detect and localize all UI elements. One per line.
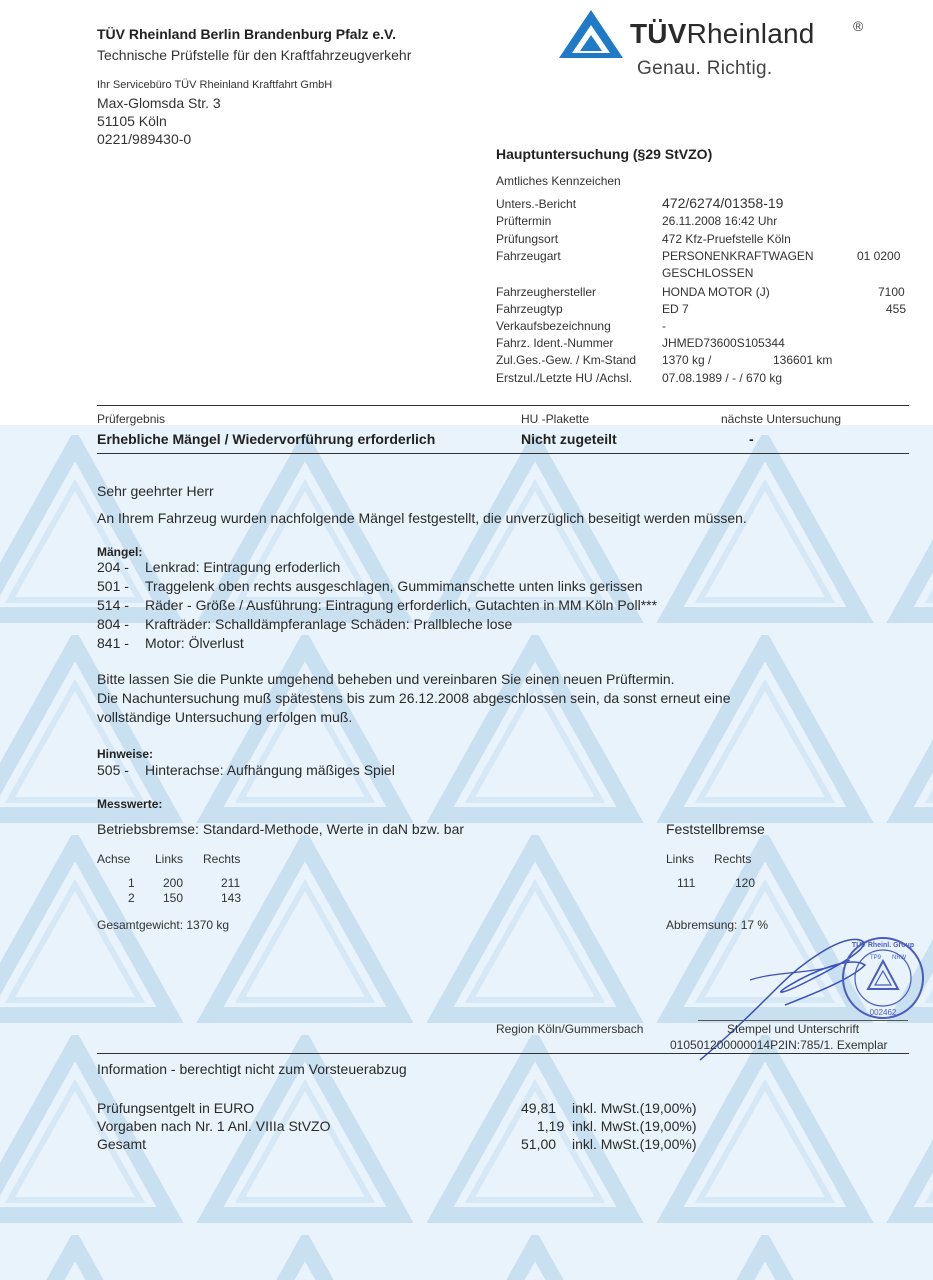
defect-text: Traggelenk oben rechts ausgeschlagen, Gu… bbox=[145, 578, 643, 594]
parking-col-left: Links bbox=[666, 852, 694, 866]
fee-amount: 49,81 bbox=[521, 1100, 556, 1116]
address-street: Max-Glomsda Str. 3 bbox=[97, 95, 221, 111]
salutation: Sehr geehrter Herr bbox=[97, 483, 214, 499]
brake-right: 211 bbox=[221, 876, 240, 890]
fee-tax: inkl. MwSt.(19,00%) bbox=[572, 1100, 696, 1116]
field-value: PERSONENKRAFTWAGEN bbox=[662, 249, 814, 263]
field-label: Prüfungsort bbox=[496, 232, 558, 246]
fee-label: Vorgaben nach Nr. 1 Anl. VIIIa StVZO bbox=[97, 1118, 330, 1134]
divider bbox=[97, 405, 909, 406]
total-weight: Gesamtgewicht: 1370 kg bbox=[97, 918, 229, 932]
service-office: Ihr Servicebüro TÜV Rheinland Kraftfahrt… bbox=[97, 79, 332, 91]
followup-line: Bitte lassen Sie die Punkte umgehend beh… bbox=[97, 671, 675, 687]
axle-number: 2 bbox=[128, 891, 135, 905]
followup-line: vollständige Untersuchung erfolgen muß. bbox=[97, 709, 352, 725]
col-header-left: Links bbox=[155, 852, 183, 866]
axle-number: 1 bbox=[128, 876, 135, 890]
defect-text: Räder - Größe / Ausführung: Eintragung e… bbox=[145, 597, 657, 613]
brake-left: 200 bbox=[163, 876, 183, 890]
field-code: 7100 bbox=[878, 285, 905, 299]
field-value-line2: GESCHLOSSEN bbox=[662, 266, 753, 280]
tuv-triangle-logo-icon bbox=[557, 8, 625, 60]
intro-text: An Ihrem Fahrzeug wurden nachfolgende Mä… bbox=[97, 510, 747, 526]
field-label: Fahrzeugtyp bbox=[496, 302, 563, 316]
field-value: - bbox=[662, 319, 666, 333]
service-brake-title: Betriebsbremse: Standard-Methode, Werte … bbox=[97, 821, 464, 837]
svg-text:NRW: NRW bbox=[892, 955, 907, 961]
field-code: 455 bbox=[886, 302, 906, 316]
address-phone: 0221/989430-0 bbox=[97, 131, 191, 147]
fee-tax: inkl. MwSt.(19,00%) bbox=[572, 1136, 696, 1152]
field-value: 26.11.2008 16:42 Uhr bbox=[662, 214, 777, 228]
result-value: Erhebliche Mängel / Wiedervorführung erf… bbox=[97, 431, 435, 447]
address-city: 51105 Köln bbox=[97, 113, 167, 129]
field-value: 1370 kg / bbox=[662, 353, 711, 367]
next-inspection-label: nächste Untersuchung bbox=[721, 412, 841, 426]
plate-label: Amtliches Kennzeichen bbox=[496, 174, 621, 188]
note-text: Hinterachse: Aufhängung mäßiges Spiel bbox=[145, 762, 395, 778]
tax-info: Information - berechtigt nicht zum Vorst… bbox=[97, 1061, 407, 1077]
field-label: Fahrzeugart bbox=[496, 249, 561, 263]
svg-text:002462: 002462 bbox=[870, 1008, 897, 1017]
fee-label: Gesamt bbox=[97, 1136, 146, 1152]
defects-heading: Mängel: bbox=[97, 545, 142, 559]
field-label: Erstzul./Letzte HU /Achsl. bbox=[496, 371, 632, 385]
defect-text: Lenkrad: Eintragung erfoderlich bbox=[145, 559, 340, 575]
field-value-km: 136601 km bbox=[773, 353, 832, 367]
parking-right-value: 120 bbox=[735, 876, 755, 890]
organization-subtitle: Technische Prüfstelle für den Kraftfahrz… bbox=[97, 47, 411, 63]
parking-brake-title: Feststellbremse bbox=[666, 821, 765, 837]
svg-text:TÜV Rheinl. Group: TÜV Rheinl. Group bbox=[852, 940, 914, 949]
fee-tax: inkl. MwSt.(19,00%) bbox=[572, 1118, 696, 1134]
defect-code: 514 - bbox=[97, 597, 129, 613]
document-code: 010501200000014P2IN:785/1. Exemplar bbox=[670, 1038, 888, 1052]
field-label: Fahrz. Ident.-Nummer bbox=[496, 336, 613, 350]
defect-code: 804 - bbox=[97, 616, 129, 632]
field-value: ED 7 bbox=[662, 302, 689, 316]
fee-amount: 1,19 bbox=[537, 1118, 564, 1134]
parking-left-value: 111 bbox=[677, 876, 695, 890]
field-code: 01 0200 bbox=[857, 249, 900, 263]
field-value: JHMED73600S105344 bbox=[662, 336, 785, 350]
field-label: Zul.Ges.-Gew. / Km-Stand bbox=[496, 353, 636, 367]
brand-tagline: Genau. Richtig. bbox=[637, 58, 772, 80]
divider bbox=[97, 1053, 909, 1054]
stamp-label: Stempel und Unterschrift bbox=[727, 1022, 859, 1036]
fee-amount: 51,00 bbox=[521, 1136, 556, 1152]
official-stamp-icon: TÜV Rheinl. Group 002462 TP9 NRW bbox=[840, 935, 926, 1021]
organization-name: TÜV Rheinland Berlin Brandenburg Pfalz e… bbox=[97, 26, 396, 42]
region: Region Köln/Gummersbach bbox=[496, 1022, 643, 1036]
defect-text: Motor: Ölverlust bbox=[145, 635, 244, 651]
field-value: 472/6274/01358-19 bbox=[662, 195, 783, 211]
defect-code: 501 - bbox=[97, 578, 129, 594]
note-code: 505 - bbox=[97, 762, 129, 778]
field-value: 07.08.1989 / - / 670 kg bbox=[662, 371, 782, 385]
svg-text:TP9: TP9 bbox=[870, 955, 882, 961]
defect-code: 841 - bbox=[97, 635, 129, 651]
plakette-label: HU -Plakette bbox=[521, 412, 589, 426]
notes-heading: Hinweise: bbox=[97, 747, 153, 761]
field-label: Fahrzeughersteller bbox=[496, 285, 596, 299]
measurements-heading: Messwerte: bbox=[97, 797, 162, 811]
signature-line bbox=[698, 1020, 908, 1021]
followup-line: Die Nachuntersuchung muß spätestens bis … bbox=[97, 690, 731, 706]
col-header-axle: Achse bbox=[97, 852, 130, 866]
result-label: Prüfergebnis bbox=[97, 412, 165, 426]
field-label: Verkaufsbezeichnung bbox=[496, 319, 611, 333]
fee-label: Prüfungsentgelt in EURO bbox=[97, 1100, 254, 1116]
divider bbox=[97, 453, 909, 454]
next-inspection-value: - bbox=[749, 431, 754, 447]
defect-code: 204 - bbox=[97, 559, 129, 575]
plakette-value: Nicht zugeteilt bbox=[521, 431, 617, 447]
field-label: Unters.-Bericht bbox=[496, 197, 576, 211]
brand-name: TÜVRheinland bbox=[630, 18, 815, 50]
field-value: 472 Kfz-Pruefstelle Köln bbox=[662, 232, 791, 246]
brake-right: 143 bbox=[221, 891, 241, 905]
defect-text: Krafträder: Schalldämpferanlage Schäden:… bbox=[145, 616, 512, 632]
brake-left: 150 bbox=[163, 891, 183, 905]
field-value: HONDA MOTOR (J) bbox=[662, 285, 770, 299]
registered-mark: ® bbox=[853, 18, 863, 34]
field-label: Prüftermin bbox=[496, 214, 551, 228]
col-header-right: Rechts bbox=[203, 852, 240, 866]
inspection-title: Hauptuntersuchung (§29 StVZO) bbox=[496, 146, 712, 162]
parking-col-right: Rechts bbox=[714, 852, 751, 866]
